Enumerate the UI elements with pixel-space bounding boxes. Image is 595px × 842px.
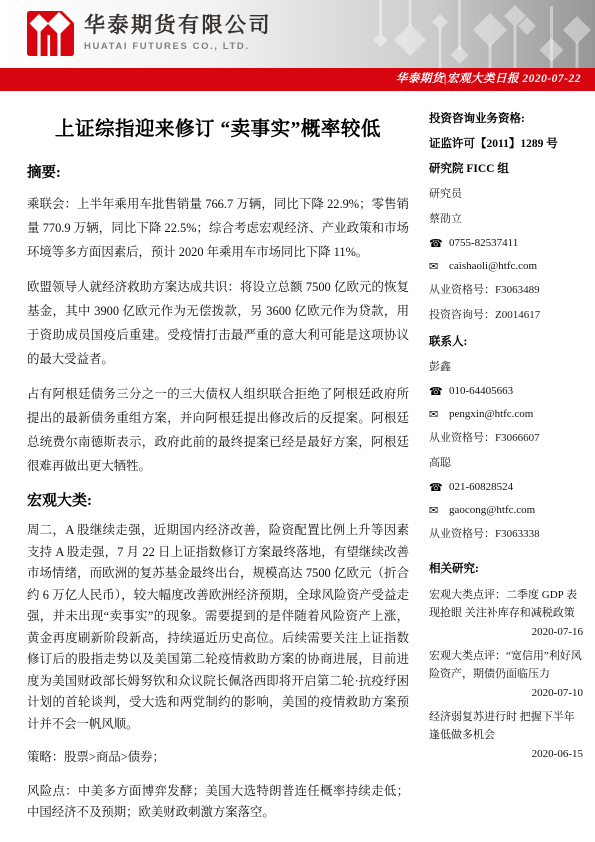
related-research-item: 宏观大类点评：二季度 GDP 表现抢眼 关注补库存和减税政策 2020-07-1…: [429, 586, 583, 641]
researcher-label: 研究员: [429, 186, 583, 203]
related-item-date: 2020-06-15: [429, 745, 583, 763]
contact-label: 联系人:: [429, 334, 583, 351]
related-research-section: 相关研究: 宏观大类点评：二季度 GDP 表现抢眼 关注补库存和减税政策 202…: [429, 561, 583, 763]
phone-icon: ☎: [429, 384, 449, 399]
contact-phone-row: ☎ 010-64405663: [429, 384, 583, 399]
related-item-date: 2020-07-16: [429, 623, 583, 641]
summary-paragraph: 乘联会：上半年乘用车批售销量 766.7 万辆，同比下降 22.9%；零售销量 …: [27, 192, 409, 264]
summary-heading: 摘要:: [27, 161, 409, 182]
summary-paragraph: 欧盟领导人就经济救助方案达成共识：将设立总额 7500 亿欧元的恢复基金，其中 …: [27, 275, 409, 371]
contact-email-row: ✉ gaocong@htfc.com: [429, 503, 583, 518]
company-name-cn: 华泰期货有限公司: [84, 13, 272, 39]
related-item-title: 经济弱复苏进行时 把握下半年逢低做多机会: [429, 708, 583, 744]
email-icon: ✉: [429, 503, 449, 518]
related-research-item: 经济弱复苏进行时 把握下半年逢低做多机会 2020-06-15: [429, 708, 583, 763]
contact-license: 从业资格号：F3066607: [429, 430, 583, 447]
related-research-item: 宏观大类点评：“宽信用”利好风险资产，期债仍面临压力 2020-07-10: [429, 647, 583, 702]
banner-text: 华泰期货|宏观大类日报 2020-07-22: [396, 73, 581, 85]
phone-number: 010-64405663: [449, 384, 513, 399]
related-item-title: 宏观大类点评：二季度 GDP 表现抢眼 关注补库存和减税政策: [429, 586, 583, 622]
main-column: 上证综指迎来修订 “卖事实”概率较低 摘要: 乘联会：上半年乘用车批售销量 76…: [27, 111, 409, 836]
email-icon: ✉: [429, 259, 449, 274]
letterhead: 华泰期货有限公司 HUATAI FUTURES CO., LTD.: [0, 0, 595, 68]
report-banner: 华泰期货|宏观大类日报 2020-07-22: [0, 68, 595, 91]
contact-name: 彭鑫: [429, 359, 583, 376]
risk-line: 风险点：中美多方面博弈发酵；美国大选特朗普连任概率持续走低；中国经济不及预期；欧…: [27, 781, 409, 824]
qualification-number: 证监许可【2011】1289 号: [429, 136, 583, 153]
related-item-date: 2020-07-10: [429, 684, 583, 702]
report-title: 上证综指迎来修订 “卖事实”概率较低: [27, 113, 409, 141]
huatai-logo-icon: [27, 11, 74, 56]
qualification-title: 投资咨询业务资格:: [429, 111, 583, 128]
contact-name: 高聪: [429, 455, 583, 472]
macro-paragraph: 周二，A 股继续走强，近期国内经济改善，险资配置比例上升等因素支持 A 股走强，…: [27, 520, 409, 735]
summary-paragraph: 占有阿根廷债务三分之一的三大债权人组织联合拒绝了阿根廷政府所提出的最新债务重组方…: [27, 382, 409, 478]
researcher-name: 蔡劭立: [429, 211, 583, 228]
research-team: 研究院 FICC 组: [429, 161, 583, 178]
contact-email-row: ✉ pengxin@htfc.com: [429, 407, 583, 422]
phone-number: 021-60828524: [449, 480, 513, 495]
phone-icon: ☎: [429, 480, 449, 495]
company-name: 华泰期货有限公司 HUATAI FUTURES CO., LTD.: [84, 11, 272, 52]
email-icon: ✉: [429, 407, 449, 422]
email-address: caishaoli@htfc.com: [449, 259, 537, 274]
email-address: gaocong@htfc.com: [449, 503, 535, 518]
phone-icon: ☎: [429, 236, 449, 251]
report-page: 华泰期货有限公司 HUATAI FUTURES CO., LTD. 华泰期货|宏…: [0, 0, 595, 842]
report-body: 上证综指迎来修订 “卖事实”概率较低 摘要: 乘联会：上半年乘用车批售销量 76…: [0, 91, 595, 836]
company-name-en: HUATAI FUTURES CO., LTD.: [84, 41, 272, 52]
related-item-title: 宏观大类点评：“宽信用”利好风险资产，期债仍面临压力: [429, 647, 583, 683]
researcher-phone-row: ☎ 0755-82537411: [429, 236, 583, 251]
contact-license: 从业资格号：F3063338: [429, 526, 583, 543]
contact-phone-row: ☎ 021-60828524: [429, 480, 583, 495]
macro-heading: 宏观大类:: [27, 489, 409, 510]
researcher-license: 从业资格号：F3063489: [429, 282, 583, 299]
info-sidebar: 投资咨询业务资格: 证监许可【2011】1289 号 研究院 FICC 组 研究…: [429, 111, 583, 836]
related-research-title: 相关研究:: [429, 561, 583, 578]
phone-number: 0755-82537411: [449, 236, 518, 251]
researcher-advisory-no: 投资咨询号：Z0014617: [429, 307, 583, 324]
logo-block: 华泰期货有限公司 HUATAI FUTURES CO., LTD.: [27, 11, 272, 56]
diamond-ornaments: [355, 0, 595, 68]
strategy-line: 策略：股票>商品>债券；: [27, 747, 409, 769]
email-address: pengxin@htfc.com: [449, 407, 533, 422]
researcher-email-row: ✉ caishaoli@htfc.com: [429, 259, 583, 274]
